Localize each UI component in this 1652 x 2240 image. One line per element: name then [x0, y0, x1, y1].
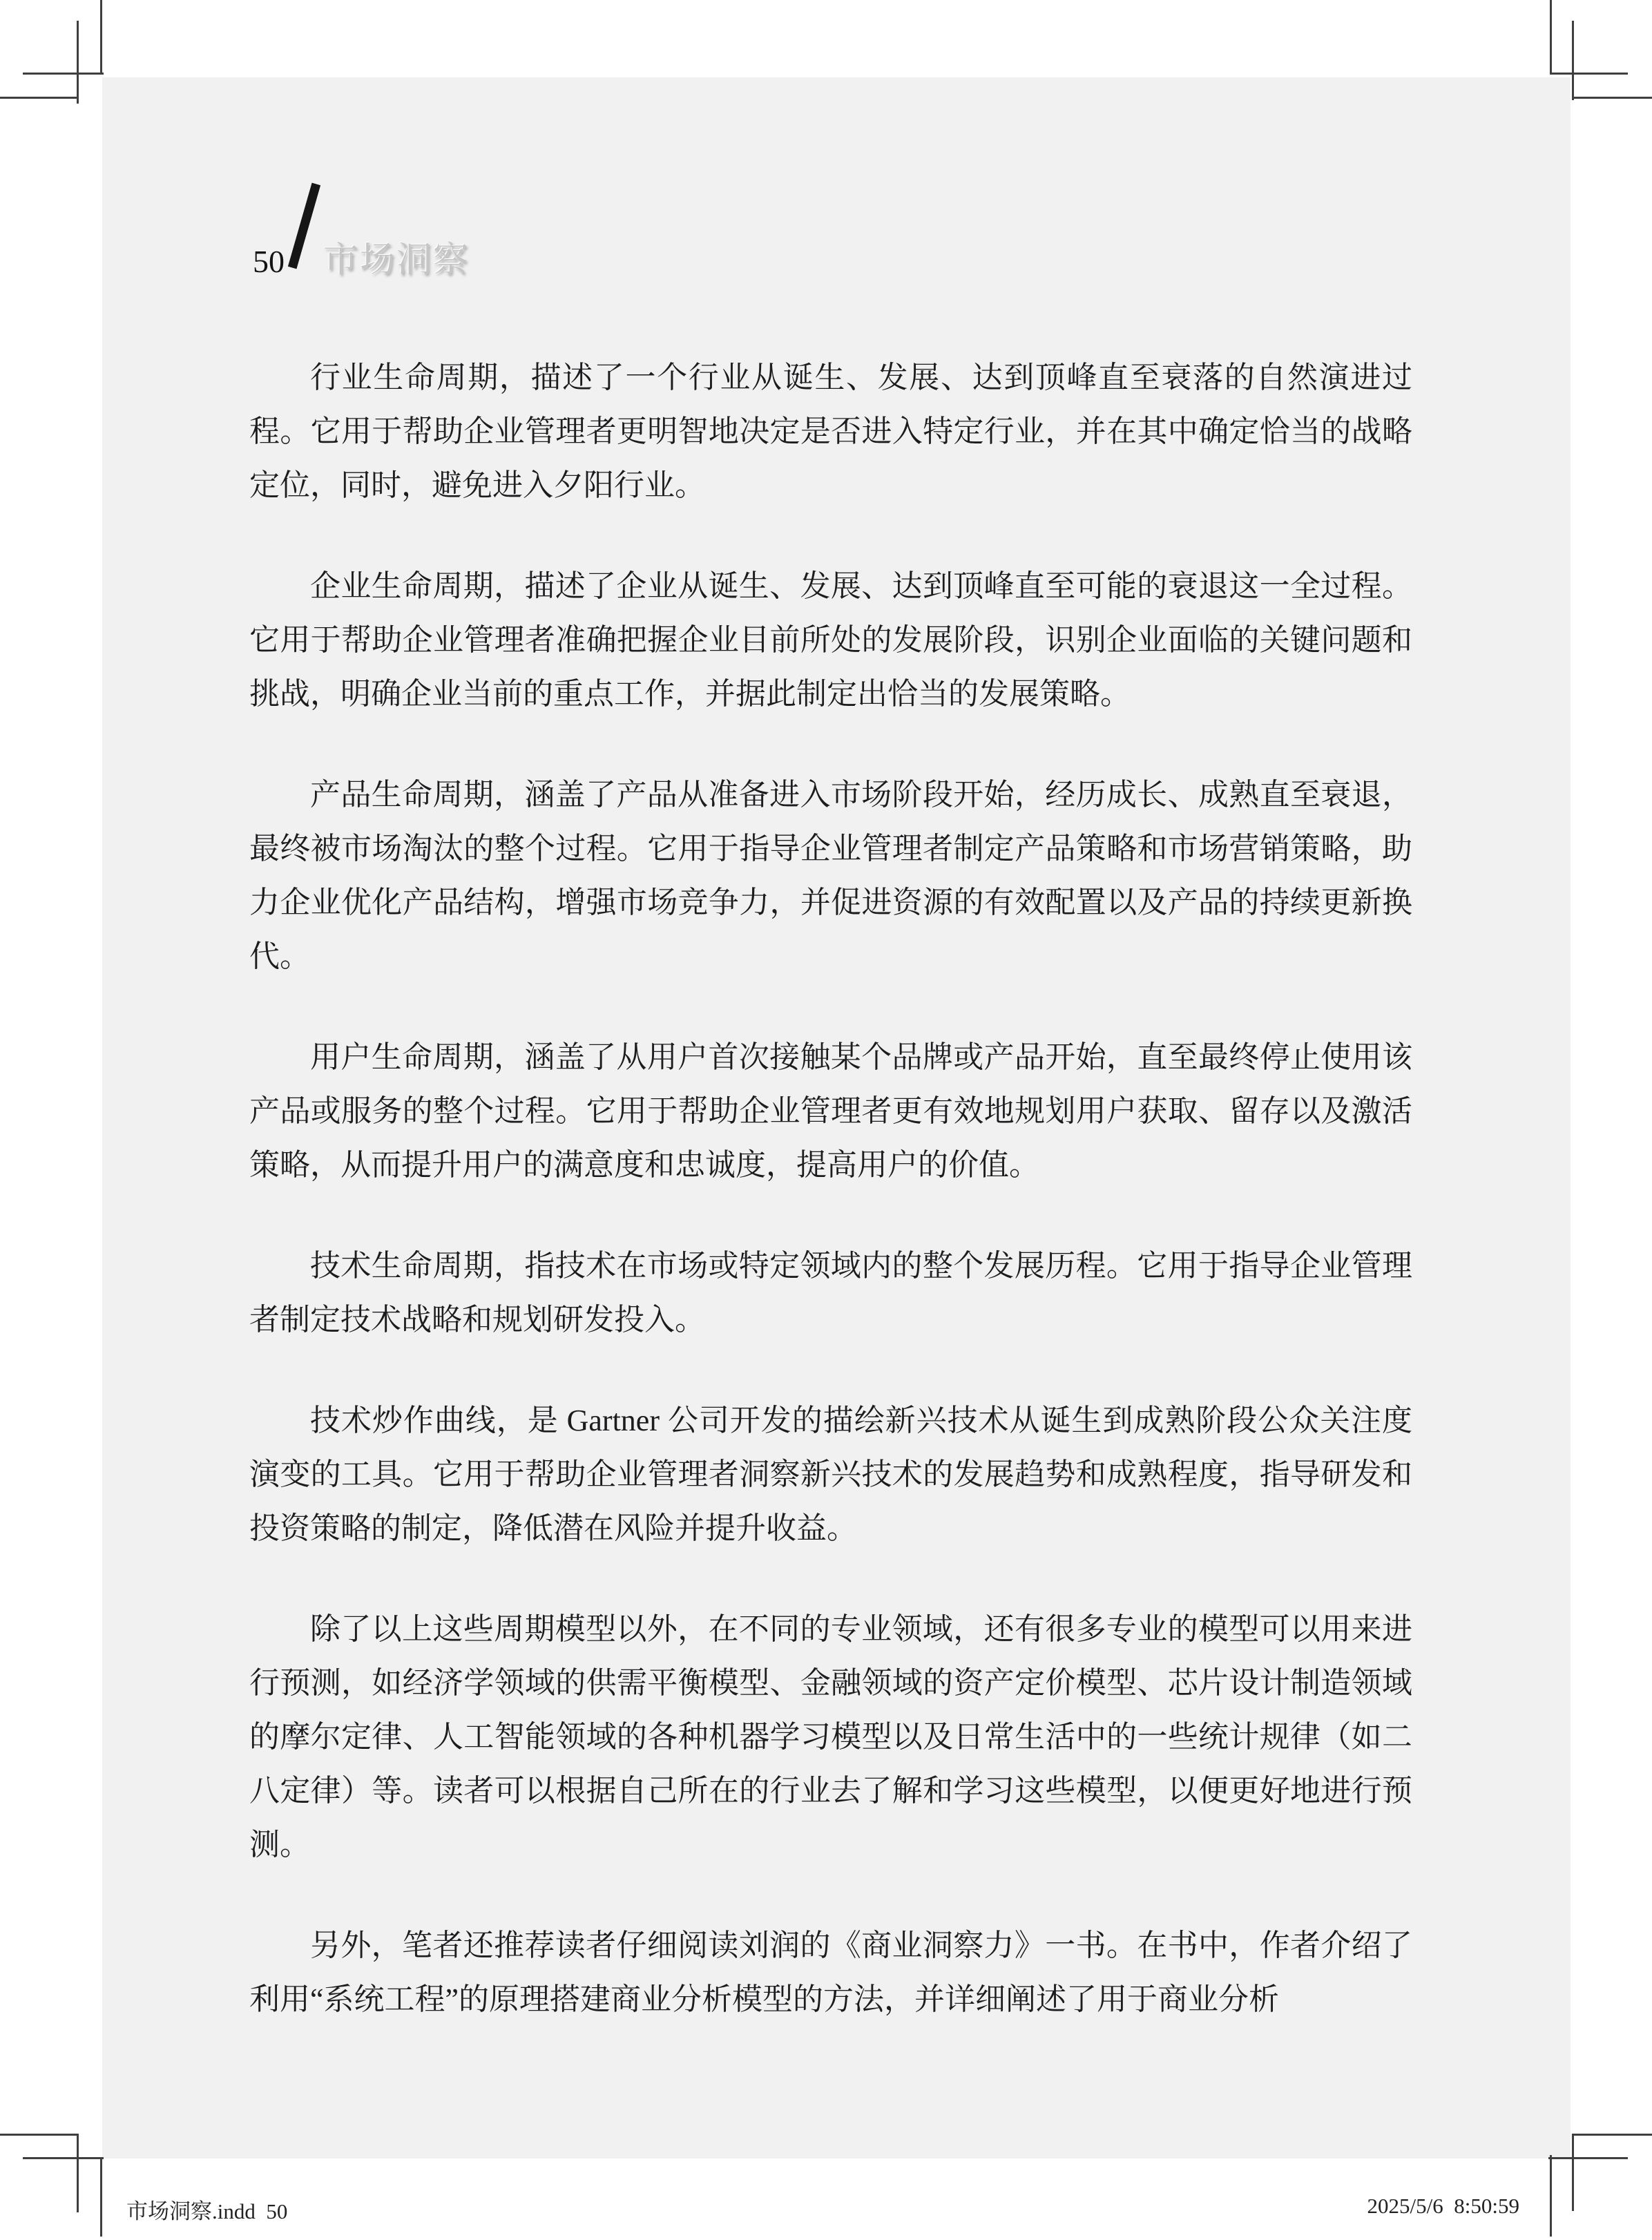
body-text: 行业生命周期，描述了一个行业从诞生、发展、达到顶峰直至衰落的自然演进过程。它用于… [249, 351, 1412, 2074]
paragraph-enterprise-lifecycle: 企业生命周期，描述了企业从诞生、发展、达到顶峰直至可能的衰退这一全过程。它用于帮… [249, 559, 1412, 721]
crop-mark-top-left-h1 [23, 73, 104, 75]
crop-mark-top-right-v2 [1572, 21, 1574, 100]
section-title: 市场洞察 [323, 239, 470, 280]
header-slash-mark [288, 183, 320, 269]
crop-mark-bottom-left-v2 [100, 2157, 102, 2237]
page-sheet: 50 市场洞察 行业生命周期，描述了一个行业从诞生、发展、达到顶峰直至衰落的自然… [102, 77, 1571, 2158]
footer-file-label: 市场洞察.indd 50 [126, 2194, 287, 2225]
crop-mark-top-right-v1 [1550, 0, 1552, 74]
paragraph-product-lifecycle: 产品生命周期，涵盖了产品从准备进入市场阶段开始，经历成长、成熟直至衰退，最终被市… [249, 768, 1412, 984]
crop-mark-top-left-v1 [100, 0, 102, 74]
paragraph-industry-lifecycle: 行业生命周期，描述了一个行业从诞生、发展、达到顶峰直至衰落的自然演进过程。它用于… [249, 351, 1412, 513]
paragraph-user-lifecycle: 用户生命周期，涵盖了从用户首次接触某个品牌或产品开始，直至最终停止使用该产品或服… [249, 1031, 1412, 1192]
page-number: 50 [253, 243, 285, 280]
crop-mark-bottom-right-h2 [1548, 2157, 1628, 2159]
crop-mark-bottom-right-v2 [1550, 2155, 1552, 2237]
paragraph-technology-lifecycle: 技术生命周期，指技术在市场或特定领域内的整个发展历程。它用于指导企业管理者制定技… [249, 1239, 1412, 1347]
crop-mark-bottom-right-v1 [1572, 2134, 1574, 2211]
crop-mark-bottom-left-v1 [77, 2134, 79, 2212]
crop-mark-top-right-h1 [1550, 73, 1628, 75]
crop-mark-bottom-right-h1 [1573, 2134, 1652, 2136]
crop-mark-top-right-h2 [1573, 97, 1652, 99]
crop-mark-bottom-left-h1 [0, 2134, 79, 2136]
paragraph-hype-cycle: 技术炒作曲线，是 Gartner 公司开发的描绘新兴技术从诞生到成熟阶段公众关注… [249, 1394, 1412, 1555]
crop-mark-top-left-v2 [77, 21, 79, 104]
paragraph-other-models: 除了以上这些周期模型以外，在不同的专业领域，还有很多专业的模型可以用来进行预测，… [249, 1602, 1412, 1872]
crop-mark-bottom-left-h2 [23, 2157, 104, 2159]
crop-mark-top-left-h2 [0, 97, 79, 99]
paragraph-book-recommendation: 另外，笔者还推荐读者仔细阅读刘润的《商业洞察力》一书。在书中，作者介绍了利用“系… [249, 1919, 1412, 2027]
footer-timestamp: 2025/5/6 8:50:59 [1367, 2194, 1519, 2219]
